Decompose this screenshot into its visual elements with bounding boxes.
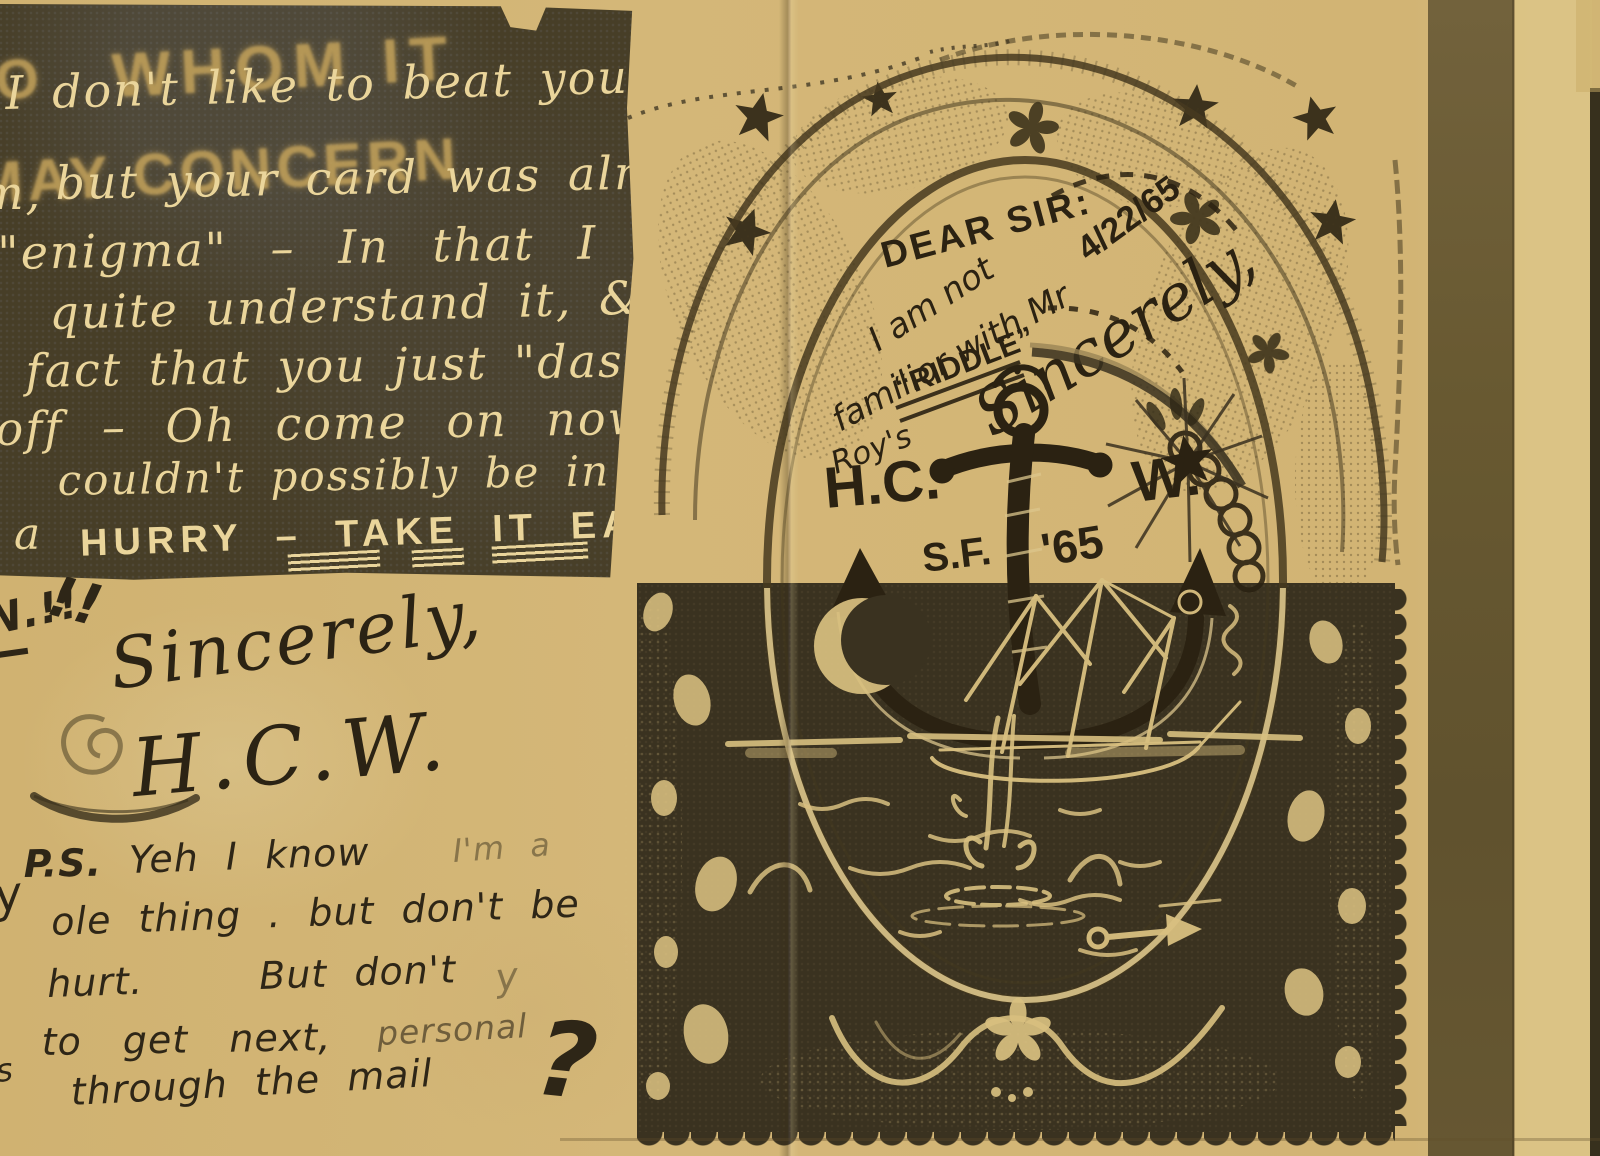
bottom-crease — [560, 1138, 1600, 1141]
note-line8-a: a — [14, 509, 42, 560]
margin-fragment-s: s — [0, 1050, 16, 1090]
margin-n-exclamation: N.!! — [0, 578, 83, 645]
ps-line4: to get next, — [41, 1015, 331, 1064]
page-edge-top — [1576, 0, 1600, 92]
ps-line1-faint: I'm a — [451, 825, 552, 870]
underline-marks — [288, 550, 381, 573]
note-line: off – Oh come on now, — [0, 390, 661, 456]
note-line8-b: HURRY – TAKE IT EASY — [79, 501, 698, 566]
scanned-letter-spread: DEAR SIR: 4/22/65 I am not familior with… — [0, 0, 1600, 1156]
card-year: '65 — [1037, 515, 1106, 576]
valentine-card-art: DEAR SIR: 4/22/65 I am not familior with… — [600, 0, 1460, 1156]
spiral-doodle-icon — [16, 678, 226, 858]
ps-line3c: y — [493, 954, 521, 1000]
underline-marks — [412, 548, 465, 569]
photocopied-note-block: TO WHOM IT MAY CONCERN I don't like to b… — [0, 4, 636, 582]
card-initials-left: H.C. — [821, 446, 942, 521]
note-line: "enigma" – In that I — [0, 216, 598, 280]
page-edge-strip — [1590, 88, 1600, 1156]
ps-line3b: But don't — [258, 947, 456, 998]
band-seam — [1512, 0, 1515, 1156]
note-edge-fragment: m, — [0, 166, 42, 220]
sea-scene — [622, 580, 1386, 1130]
margin-dash — [0, 648, 28, 658]
note-line: I don't like to beat you — [5, 50, 630, 120]
question-mark: ? — [530, 997, 604, 1125]
ps-line1: Yeh I know — [128, 830, 370, 882]
card-sf: S.F. — [920, 529, 994, 581]
ps-line3a: hurt. — [46, 959, 143, 1006]
ps-line4-faint: personal — [376, 1006, 528, 1053]
underline-marks — [492, 542, 589, 565]
right-paper-column — [1515, 0, 1592, 1156]
page-fold-crease — [779, 0, 799, 1156]
star-icon — [1289, 91, 1343, 143]
card-initials-right: W. — [1129, 442, 1204, 515]
crescent-moon-icon — [814, 595, 931, 694]
arrow-icon — [1089, 914, 1202, 947]
ps-label: P.S. — [23, 841, 102, 886]
